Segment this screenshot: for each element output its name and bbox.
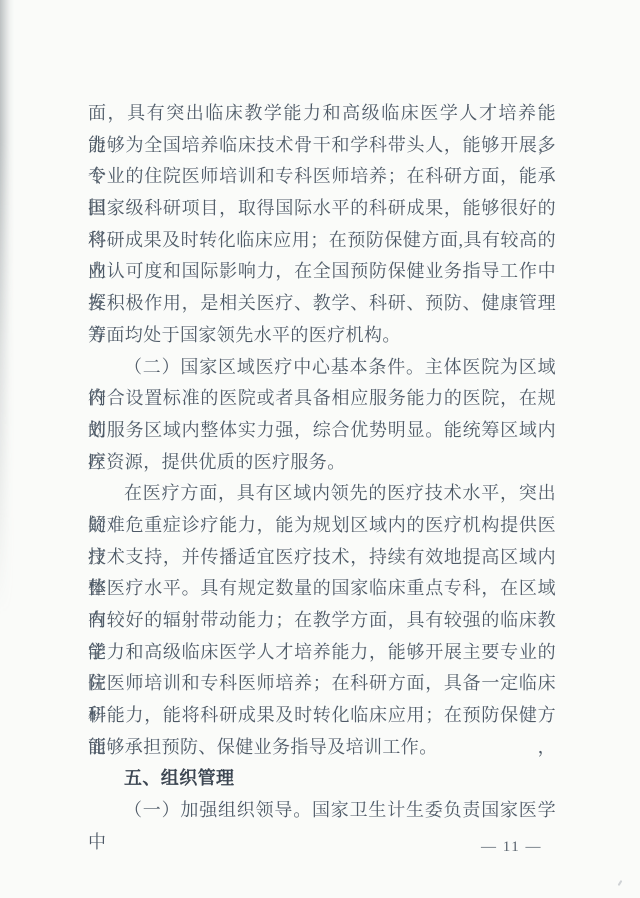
text-line: 在医疗方面，具有区域内领先的医疗技术水平，突出的 [88,478,556,510]
scan-speck-artifact [618,880,623,886]
text-line: （二）国家区域医疗中心基本条件。主体医院为区域内 [88,352,556,384]
text-line: 技术支持，并传播适宜医疗技术，持续有效地提高区域内整 [88,542,556,574]
text-line: 研能力，能将科研成果及时转化临床应用；在预防保健方面， [88,700,556,732]
text-line: 疑难危重症诊疗能力，能为规划区域内的医疗机构提供医疗 [88,510,556,542]
text-line: （一）加强组织领导。国家卫生计生委负责国家医学中 [88,795,556,827]
text-line: 科研成果及时转化临床应用；在预防保健方面,具有较高的业 [88,225,556,257]
text-line: 专业的住院医师培训和专科医师培养；在科研方面，能承担 [88,161,556,193]
text-line: 国家级科研项目，取得国际水平的科研成果，能够很好的将 [88,193,556,225]
text-line: 能够为全国培养临床技术骨干和学科带头人，能够开展多个 [88,130,556,162]
scan-edge-artifact [0,0,14,640]
text-line: 体医疗水平。具有规定数量的国家临床重点专科，在区域内 [88,573,556,605]
text-line: 能力和高级临床医学人才培养能力，能够开展主要专业的住 [88,637,556,669]
text-line: 符合设置标准的医院或者具备相应服务能力的医院，在规划 [88,383,556,415]
section-heading: 五、组织管理 [88,763,556,795]
text-line: 面，具有突出临床教学能力和高级临床医学人才培养能力， [88,98,556,130]
text-line: 挥积极作用，是相关医疗、教学、科研、预防、健康管理等 [88,288,556,320]
text-line: 方面均处于国家领先水平的医疗机构。 [88,320,556,352]
scanned-document-page: 面，具有突出临床教学能力和高级临床医学人才培养能力，能够为全国培养临床技术骨干和… [0,0,640,898]
text-line: 有较好的辐射带动能力；在教学方面，具有较强的临床教学 [88,605,556,637]
document-body: 面，具有突出临床教学能力和高级临床医学人才培养能力，能够为全国培养临床技术骨干和… [88,98,556,827]
text-line: 疗资源，提供优质的医疗服务。 [88,447,556,479]
text-line: 内认可度和国际影响力，在全国预防保健业务指导工作中发 [88,256,556,288]
page-number: — 11 — [481,839,542,856]
text-line: 院医师培训和专科医师培养；在科研方面，具备一定临床科 [88,668,556,700]
text-line: 的服务区域内整体实力强，综合优势明显。能统筹区域内医 [88,415,556,447]
